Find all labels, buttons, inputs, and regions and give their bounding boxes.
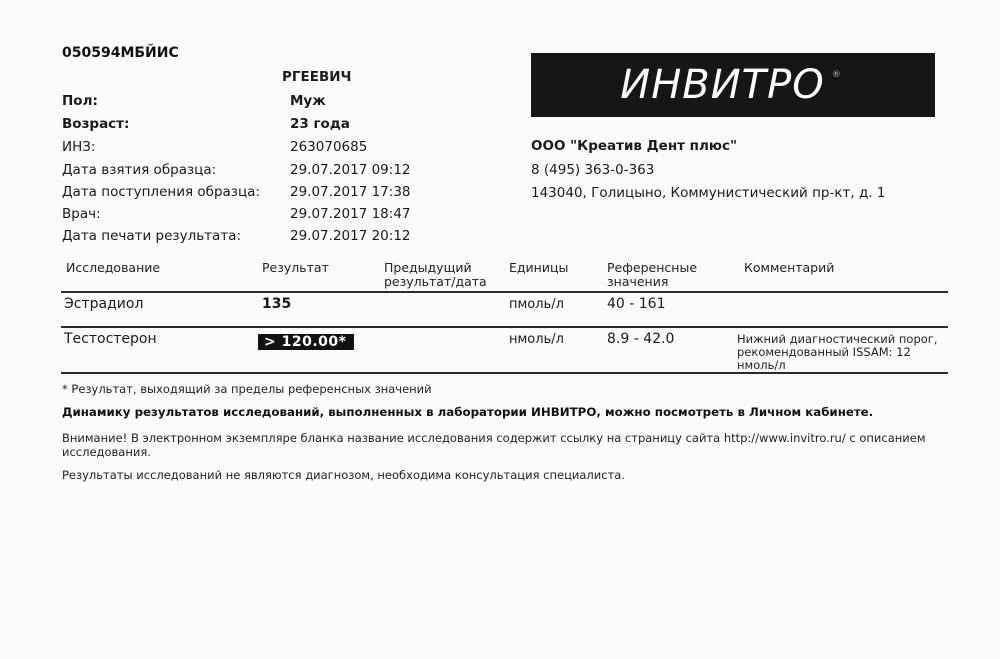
inz-label: ИНЗ: bbox=[62, 139, 95, 155]
col-result: Результат bbox=[262, 261, 329, 275]
row-result-flagged: > 120.00* bbox=[258, 331, 354, 350]
patient-name: РГЕЕВИЧ bbox=[282, 69, 351, 85]
registered-mark-icon: ® bbox=[832, 70, 841, 80]
sample-taken-value: 29.07.2017 09:12 bbox=[290, 162, 411, 178]
dynamics-note: Динамику результатов исследований, выпол… bbox=[62, 405, 873, 419]
sample-received-label: Дата поступления образца: bbox=[62, 184, 260, 200]
table-bottom-divider bbox=[61, 372, 948, 374]
disclaimer: Результаты исследований не являются диаг… bbox=[62, 468, 625, 482]
sex-label: Пол: bbox=[62, 93, 98, 109]
table-header-divider bbox=[61, 291, 948, 293]
warning-line-1: Внимание! В электронном экземпляре бланк… bbox=[62, 431, 926, 445]
col-test: Исследование bbox=[66, 261, 160, 275]
inz-value: 263070685 bbox=[290, 139, 367, 155]
age-value: 23 года bbox=[290, 116, 350, 132]
out-of-range-result: > 120.00* bbox=[258, 334, 354, 350]
row-test-name: Эстрадиол bbox=[64, 296, 143, 312]
row-result: 135 bbox=[262, 296, 291, 312]
warning-line-2: исследования. bbox=[62, 445, 151, 459]
clinic-phone: 8 (495) 363-0-363 bbox=[531, 162, 654, 178]
col-previous: Предыдущий результат/дата bbox=[384, 261, 496, 289]
print-date-label: Дата печати результата: bbox=[62, 228, 241, 244]
doctor-value: 29.07.2017 18:47 bbox=[290, 206, 411, 222]
row-reference: 40 - 161 bbox=[607, 296, 666, 312]
clinic-address: 143040, Голицыно, Коммунистический пр-кт… bbox=[531, 185, 885, 201]
col-units: Единицы bbox=[509, 261, 568, 275]
sample-received-value: 29.07.2017 17:38 bbox=[290, 184, 411, 200]
invitro-logo: ИНВИТРО® bbox=[531, 53, 935, 117]
row-divider bbox=[61, 326, 948, 328]
clinic-name: ООО "Креатив Дент плюс" bbox=[531, 138, 737, 154]
footnote: * Результат, выходящий за пределы рефере… bbox=[62, 382, 432, 396]
row-reference: 8.9 - 42.0 bbox=[607, 331, 674, 347]
row-comment: Нижний диагностический порог, рекомендов… bbox=[737, 333, 947, 372]
row-units: нмоль/л bbox=[509, 332, 564, 347]
sex-value: Муж bbox=[290, 93, 326, 109]
logo-text: ИНВИТРО bbox=[620, 62, 824, 108]
print-date-value: 29.07.2017 20:12 bbox=[290, 228, 411, 244]
row-test-name: Тестостерон bbox=[64, 331, 157, 347]
doctor-label: Врач: bbox=[62, 206, 101, 222]
col-comment: Комментарий bbox=[744, 261, 834, 275]
age-label: Возраст: bbox=[62, 116, 129, 132]
sample-taken-label: Дата взятия образца: bbox=[62, 162, 216, 178]
lab-id: 050594МБЙИС bbox=[62, 45, 179, 61]
row-units: пмоль/л bbox=[509, 297, 564, 312]
col-reference: Референсные значения bbox=[607, 261, 707, 289]
